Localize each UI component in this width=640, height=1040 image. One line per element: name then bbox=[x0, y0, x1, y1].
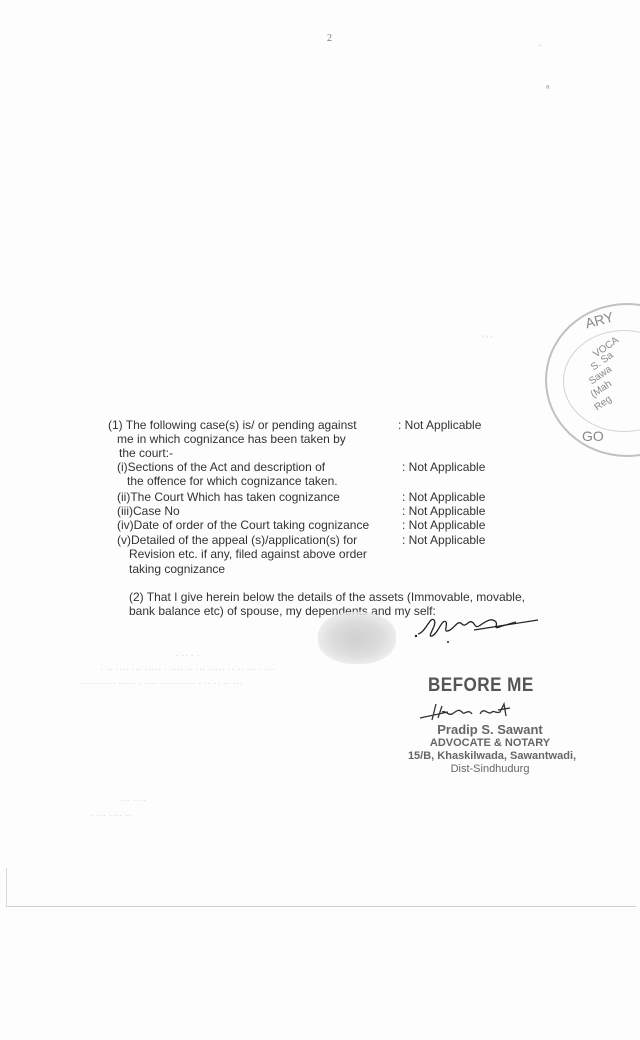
item-v-value: : Not Applicable bbox=[402, 533, 485, 548]
bleed-through-text: · ··· ···· ·· bbox=[90, 810, 132, 821]
scan-edge-bottom bbox=[6, 906, 636, 907]
bleed-through-text: · ·· ···· ··· ····· · ···· ·· ··· ····· … bbox=[100, 664, 275, 675]
item-iv-label: (iv)Date of order of the Court taking co… bbox=[117, 518, 369, 533]
item-iii-value: : Not Applicable bbox=[402, 504, 485, 519]
scan-speck: - bbox=[539, 40, 542, 50]
section1-heading-value: : Not Applicable bbox=[398, 418, 481, 433]
scan-speck: ' ' ' bbox=[482, 334, 492, 344]
scan-speck: ₐ bbox=[546, 80, 549, 90]
document-page: 2 ₐ - ' ' ' ARY VOCA S. Sa Sawa (Mah Reg… bbox=[0, 0, 640, 1040]
item-iv-value: : Not Applicable bbox=[402, 518, 485, 533]
section1-heading-line: me in which cognizance has been taken by bbox=[117, 432, 346, 447]
item-v-label-cont: Revision etc. if any, filed against abov… bbox=[129, 547, 367, 562]
notary-name: Pradip S. Sawant bbox=[370, 722, 610, 737]
section2-line: bank balance etc) of spouse, my dependen… bbox=[129, 604, 436, 619]
item-ii-value: : Not Applicable bbox=[402, 490, 485, 505]
section2-line: (2) That I give herein below the details… bbox=[129, 590, 525, 605]
bleed-through-text: ··· ···· bbox=[120, 795, 146, 806]
item-v-label: (v)Detailed of the appeal (s)/applicatio… bbox=[117, 533, 357, 548]
deponent-signature bbox=[412, 608, 542, 648]
item-i-label-cont: the offence for which cognizance taken. bbox=[127, 474, 338, 489]
notary-address-line2: Dist-Sindhudurg bbox=[370, 763, 610, 775]
item-ii-label: (ii)The Court Which has taken cognizance bbox=[117, 490, 340, 505]
scan-edge-left bbox=[6, 868, 7, 906]
notary-title: ADVOCATE & NOTARY bbox=[370, 737, 610, 749]
thumbprint bbox=[318, 612, 396, 664]
page-number: 2 bbox=[327, 33, 332, 44]
notary-address-line1: 15/B, Khaskilwada, Sawantwadi, bbox=[362, 750, 622, 762]
stamp-bottom-text: GO bbox=[582, 428, 604, 444]
bleed-through-text: · ·· · · bbox=[175, 650, 200, 661]
item-iii-label: (iii)Case No bbox=[117, 504, 180, 519]
before-me-heading: BEFORE ME bbox=[428, 675, 534, 697]
section1-heading-line: (1) The following case(s) is/ or pending… bbox=[108, 418, 357, 433]
section1-heading-line: the court:- bbox=[119, 446, 173, 461]
item-v-label-cont: taking cognizance bbox=[129, 562, 225, 577]
item-i-value: : Not Applicable bbox=[402, 460, 485, 475]
item-i-label: (i)Sections of the Act and description o… bbox=[117, 460, 325, 475]
bleed-through-text: ·· ···· ··· ····· · ···· ·· ···· ··· · ·… bbox=[80, 678, 243, 689]
